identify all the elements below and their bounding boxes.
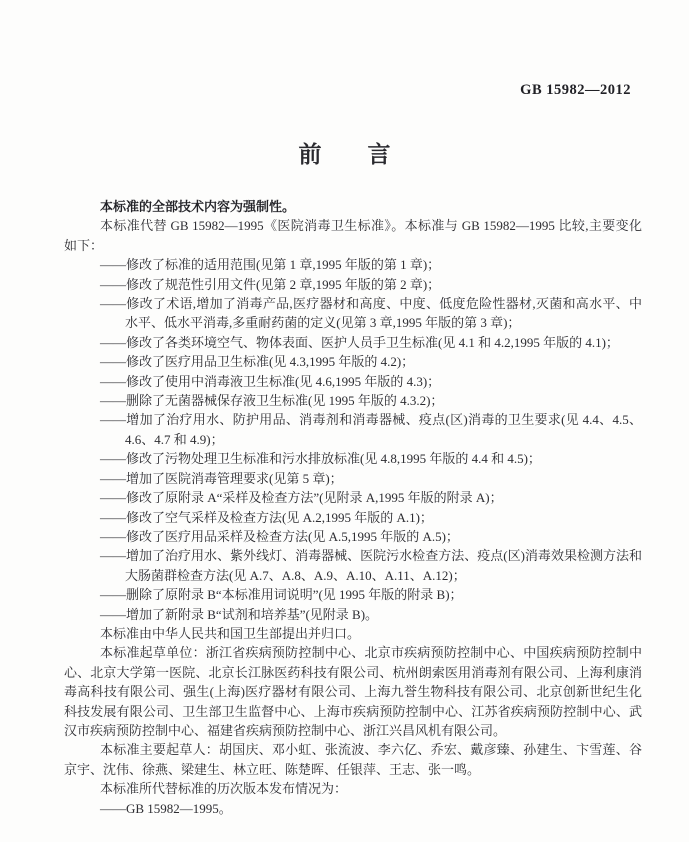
change-item: ——修改了术语,增加了消毒产品,医疗器材和高度、中度、低度危险性器材,灭菌和高水…: [64, 294, 642, 333]
history-item: ——GB 15982—1995。: [64, 799, 642, 818]
change-item: ——删除了原附录 B“本标准用词说明”(见 1995 年版的附录 B)；: [64, 585, 642, 604]
history-intro: 本标准所代替标准的历次版本发布情况为：: [64, 779, 642, 798]
change-item: ——增加了治疗用水、防护用品、消毒剂和消毒器械、疫点(区)消毒的卫生要求(见 4…: [64, 410, 642, 449]
change-item: ——修改了医疗用品卫生标准(见 4.3,1995 年版的 4.2)；: [64, 352, 642, 371]
change-item: ——修改了污物处理卫生标准和污水排放标准(见 4.8,1995 年版的 4.4 …: [64, 449, 642, 468]
change-item: ——修改了医疗用品采样及检查方法(见 A.5,1995 年版的 A.5)；: [64, 527, 642, 546]
mandatory-note: 本标准的全部技术内容为强制性。: [64, 197, 642, 216]
proposed-by: 本标准由中华人民共和国卫生部提出并归口。: [64, 624, 642, 643]
change-item: ——修改了规范性引用文件(见第 2 章,1995 年版的第 2 章)；: [64, 275, 642, 294]
document-page: GB 15982—2012 前 言 本标准的全部技术内容为强制性。 本标准代替 …: [0, 0, 689, 842]
standard-number: GB 15982—2012: [0, 82, 631, 99]
foreword-content: 本标准的全部技术内容为强制性。 本标准代替 GB 15982—1995《医院消毒…: [64, 197, 642, 818]
change-item: ——修改了空气采样及检查方法(见 A.2,1995 年版的 A.1)；: [64, 508, 642, 527]
chief-drafters: 本标准主要起草人：胡国庆、邓小虹、张流波、李六亿、乔宏、戴彦臻、孙建生、卞雪莲、…: [64, 740, 642, 779]
change-item: ——修改了原附录 A“采样及检查方法”(见附录 A,1995 年版的附录 A)；: [64, 488, 642, 507]
page-title: 前 言: [0, 136, 689, 169]
change-item: ——修改了标准的适用范围(见第 1 章,1995 年版的第 1 章)；: [64, 255, 642, 274]
replacement-note: 本标准代替 GB 15982—1995《医院消毒卫生标准》。本标准与 GB 15…: [64, 216, 642, 255]
change-item: ——增加了治疗用水、紫外线灯、消毒器械、医院污水检查方法、疫点(区)消毒效果检测…: [64, 546, 642, 585]
change-item: ——增加了新附录 B“试剂和培养基”(见附录 B)。: [64, 605, 642, 624]
change-item: ——修改了使用中消毒液卫生标准(见 4.6,1995 年版的 4.3)；: [64, 372, 642, 391]
drafting-organizations: 本标准起草单位：浙江省疾病预防控制中心、北京市疾病预防控制中心、中国疾病预防控制…: [64, 643, 642, 740]
change-item: ——删除了无菌器械保存液卫生标准(见 1995 年版的 4.3.2)；: [64, 391, 642, 410]
change-item: ——增加了医院消毒管理要求(见第 5 章)；: [64, 469, 642, 488]
change-item: ——修改了各类环境空气、物体表面、医护人员手卫生标准(见 4.1 和 4.2,1…: [64, 333, 642, 352]
